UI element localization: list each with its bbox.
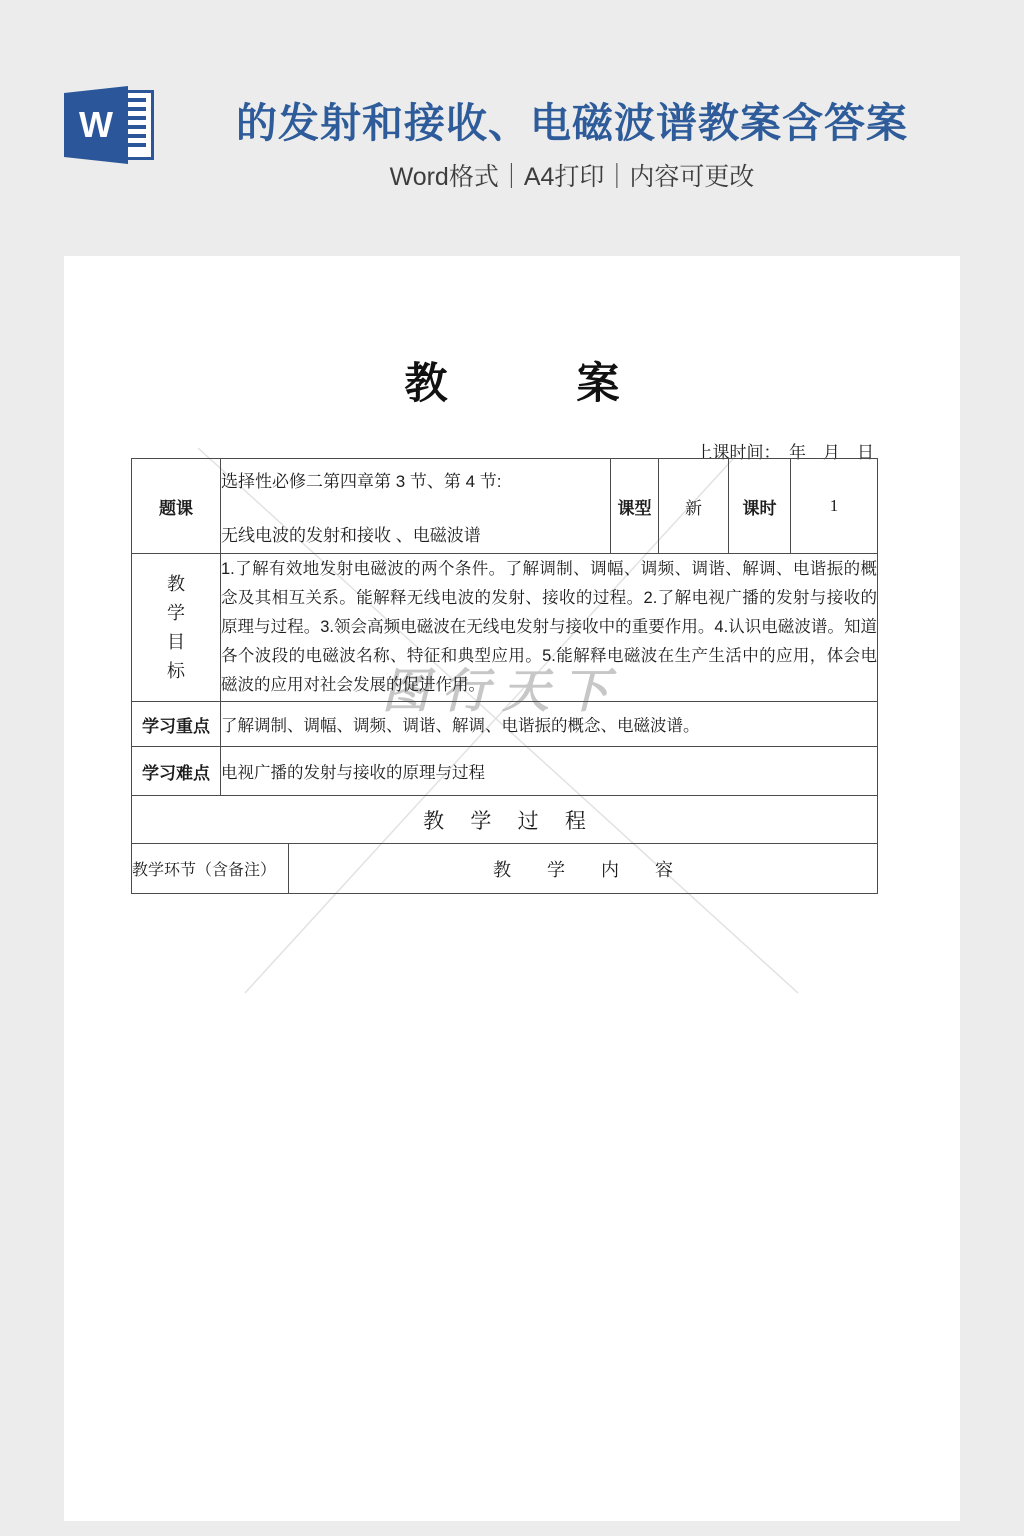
preview-header: W 的发射和接收、电磁波谱教案含答案 Word格式｜A4打印｜内容可更改: [0, 0, 1024, 256]
table-row: 题课 选择性必修二第四章第 3 节、第 4 节: 无线电波的发射和接收 、电磁波…: [132, 459, 878, 554]
course-type-label: 课型: [611, 459, 659, 554]
difficulty-label: 学习难点: [132, 747, 221, 796]
table-row: 教 学 过 程: [132, 796, 878, 844]
objectives-label: 教 学 目 标: [132, 554, 221, 702]
table-row: 学习重点 了解调制、调幅、调频、调谐、解调、电谐振的概念、电磁波谱。: [132, 702, 878, 747]
focus-label: 学习重点: [132, 702, 221, 747]
a4-document-page: 图行天下 教 案 上课时间： 年 月 日 题课 选择性必修二第四章第 3 节、第…: [64, 256, 960, 1521]
content-column-label: 教 学 内 容: [289, 844, 878, 894]
course-title-label: 题课: [132, 459, 221, 554]
class-hours-value: 1: [791, 459, 878, 554]
word-logo-letter: W: [79, 104, 113, 146]
lesson-plan-table: 题课 选择性必修二第四章第 3 节、第 4 节: 无线电波的发射和接收 、电磁波…: [131, 458, 878, 894]
stage-column-label: 教学环节（含备注）: [132, 844, 289, 894]
difficulty-content: 电视广播的发射与接收的原理与过程: [221, 747, 878, 796]
objectives-content: 1.了解有效地发射电磁波的两个条件。了解调制、调幅、调频、调谐、解调、电谐振的概…: [221, 554, 878, 702]
table-row: 教 学 目 标 1.了解有效地发射电磁波的两个条件。了解调制、调幅、调频、调谐、…: [132, 554, 878, 702]
course-title-cell: 选择性必修二第四章第 3 节、第 4 节: 无线电波的发射和接收 、电磁波谱: [221, 459, 611, 554]
class-hours-label: 课时: [729, 459, 791, 554]
course-title-line1: 选择性必修二第四章第 3 节、第 4 节:: [221, 467, 610, 492]
course-title-line2: 无线电波的发射和接收 、电磁波谱: [221, 521, 610, 546]
course-type-value: 新: [659, 459, 729, 554]
focus-content: 了解调制、调幅、调频、调谐、解调、电谐振的概念、电磁波谱。: [221, 702, 878, 747]
document-format-subtitle: Word格式｜A4打印｜内容可更改: [135, 157, 1009, 193]
table-row: 教学环节（含备注） 教 学 内 容: [132, 844, 878, 894]
page-title: 教 案: [64, 350, 960, 411]
table-row: 学习难点 电视广播的发射与接收的原理与过程: [132, 747, 878, 796]
teaching-process-header: 教 学 过 程: [132, 796, 878, 844]
document-title-heading: 的发射和接收、电磁波谱教案含答案: [135, 90, 1009, 149]
word-logo-icon: W: [64, 86, 128, 164]
